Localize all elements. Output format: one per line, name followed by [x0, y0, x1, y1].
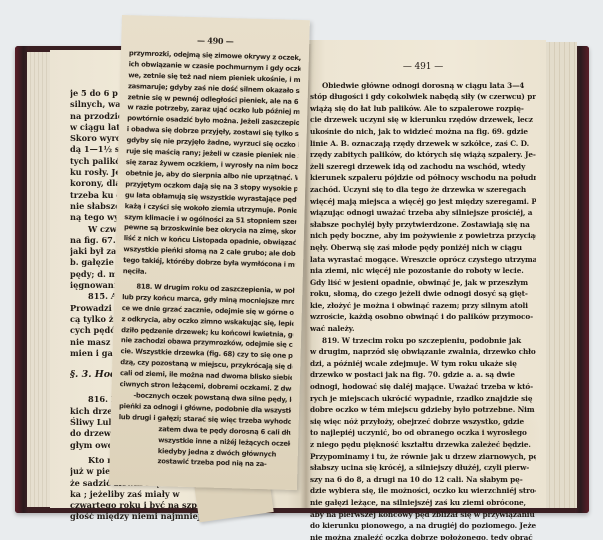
text-line: ka ; jeżeliby zaś miały w — [70, 489, 210, 500]
text-line: z niego pędu piękność kształtu drzewka z… — [310, 439, 536, 451]
text-line: dobre oczko w tém miejscu gdzieby było p… — [310, 404, 536, 416]
text-line: nęły. Oberwą się zaś młode pędy poniżéj … — [310, 242, 536, 254]
paragraph-819-start: 819. W trzecim roku po szczepieniu, podo… — [310, 335, 536, 347]
text-line: nie można znaleźć oczka dobrze położoneg… — [310, 532, 536, 540]
text-line: do kierunku pionowego, a na drugiéj do p… — [310, 520, 536, 532]
text-line: aby na pierwszéj końcowy pęd zbliżał się… — [310, 509, 536, 521]
text-line: słabszy ucina się krócéj, a silniejszy d… — [310, 462, 536, 474]
text-line: dzi, a późniéj wcale zdejmuje. W tym rok… — [310, 358, 536, 370]
text-line: nie gałęzi leżące, na silniejszéj zaś ku… — [310, 497, 536, 509]
text-line: wiązując odnogi uważać trzeba aby silnie… — [310, 207, 536, 219]
folded-flap-page: — 490 — przymrozki, odejmą się zimowe ok… — [109, 15, 310, 490]
text-line: słabsze pochyléj były przytwierdzone. Zo… — [310, 219, 536, 231]
text-line: cie drzewek uczyni się w kierunku rzędów… — [310, 114, 536, 126]
text-line: to najlepiéj uczynić, bo od obranego ocz… — [310, 427, 536, 439]
text-line: wzroście, każdą osobno obwinąć i do pali… — [310, 311, 536, 323]
text-line: Przypominamy i tu, że równie jak u drzew… — [310, 451, 536, 463]
text-line: ukośnie do nich, jak to widzieć można na… — [310, 126, 536, 138]
text-line: kie, złożyć je można i obwinąć razem; pr… — [310, 300, 536, 312]
text-line: czwartego roku i być na szpal — [70, 500, 210, 511]
book-photo: je 5 do 6 p silnych, wacl na przodzie i … — [0, 0, 603, 540]
text-line: rzędy zabitych palików, do których się w… — [310, 149, 536, 161]
text-line: linie A. B. oznaczają rzędy drzewek w sz… — [310, 138, 536, 150]
text-line: żeli szeregi drzewek idą od zachodu na w… — [310, 161, 536, 173]
right-page-text: — 491 — Obiedwie główne odnogi dorosną w… — [310, 62, 536, 540]
text-line: nich pędy boczne, aby im pożywienie z po… — [310, 230, 536, 242]
text-line: więcéj mają miejsca a więcéj go jest mię… — [310, 196, 536, 208]
text-line: Gdy liść w jesieni opadnie, obwinąć je, … — [310, 277, 536, 289]
text-line: rych je miejscach ukrócić wypadnie, rzad… — [310, 393, 536, 405]
text-line: odnogi, hodować się daléj mające. Uważać… — [310, 381, 536, 393]
text-line: kierunek szpaleru pójdzie od północy wsc… — [310, 172, 536, 184]
text-line: zachód. Uczyni się to dla tego że drzewk… — [310, 184, 536, 196]
text-line: w drugim, naprzód się obwiązanie zwalnia… — [310, 346, 536, 358]
text-line: roku, słomą, do czego jeżeli dwie odnogi… — [310, 288, 536, 300]
text-line: lata wyrastać mogące. Wreszcie oprócz cz… — [310, 254, 536, 266]
text-line: dzie wybiera się, ile możności, oczko ku… — [310, 485, 536, 497]
flap-page-text: — 490 — przymrozki, odejmą się zimowe ok… — [117, 33, 301, 471]
text-line: szy na 6 do 8, a drugi na 10 do 12 cali.… — [310, 474, 536, 486]
page-number: — 490 — — [129, 33, 301, 49]
text-line: się więc nóż przyłoży, obejrzeć dobrze w… — [310, 416, 536, 428]
page-number: — 491 — — [310, 62, 536, 74]
text-line: stóp długości i gdy cokolwiek nabędą sił… — [310, 91, 536, 103]
text-line: głość między niemi najmniej — [70, 511, 210, 522]
text-line: drzewko w postaci jak na fig. 70. gdzie … — [310, 369, 536, 381]
text-line: Obiedwie główne odnogi dorosną w ciągu l… — [310, 80, 536, 92]
text-line: wiążą się do łat lub palików. Ale to szp… — [310, 103, 536, 115]
cover-right-edge — [575, 46, 589, 513]
text-line: nia ziemi, nic więcéj nie pozostanie do … — [310, 265, 536, 277]
text-line: wać należy. — [310, 323, 536, 335]
